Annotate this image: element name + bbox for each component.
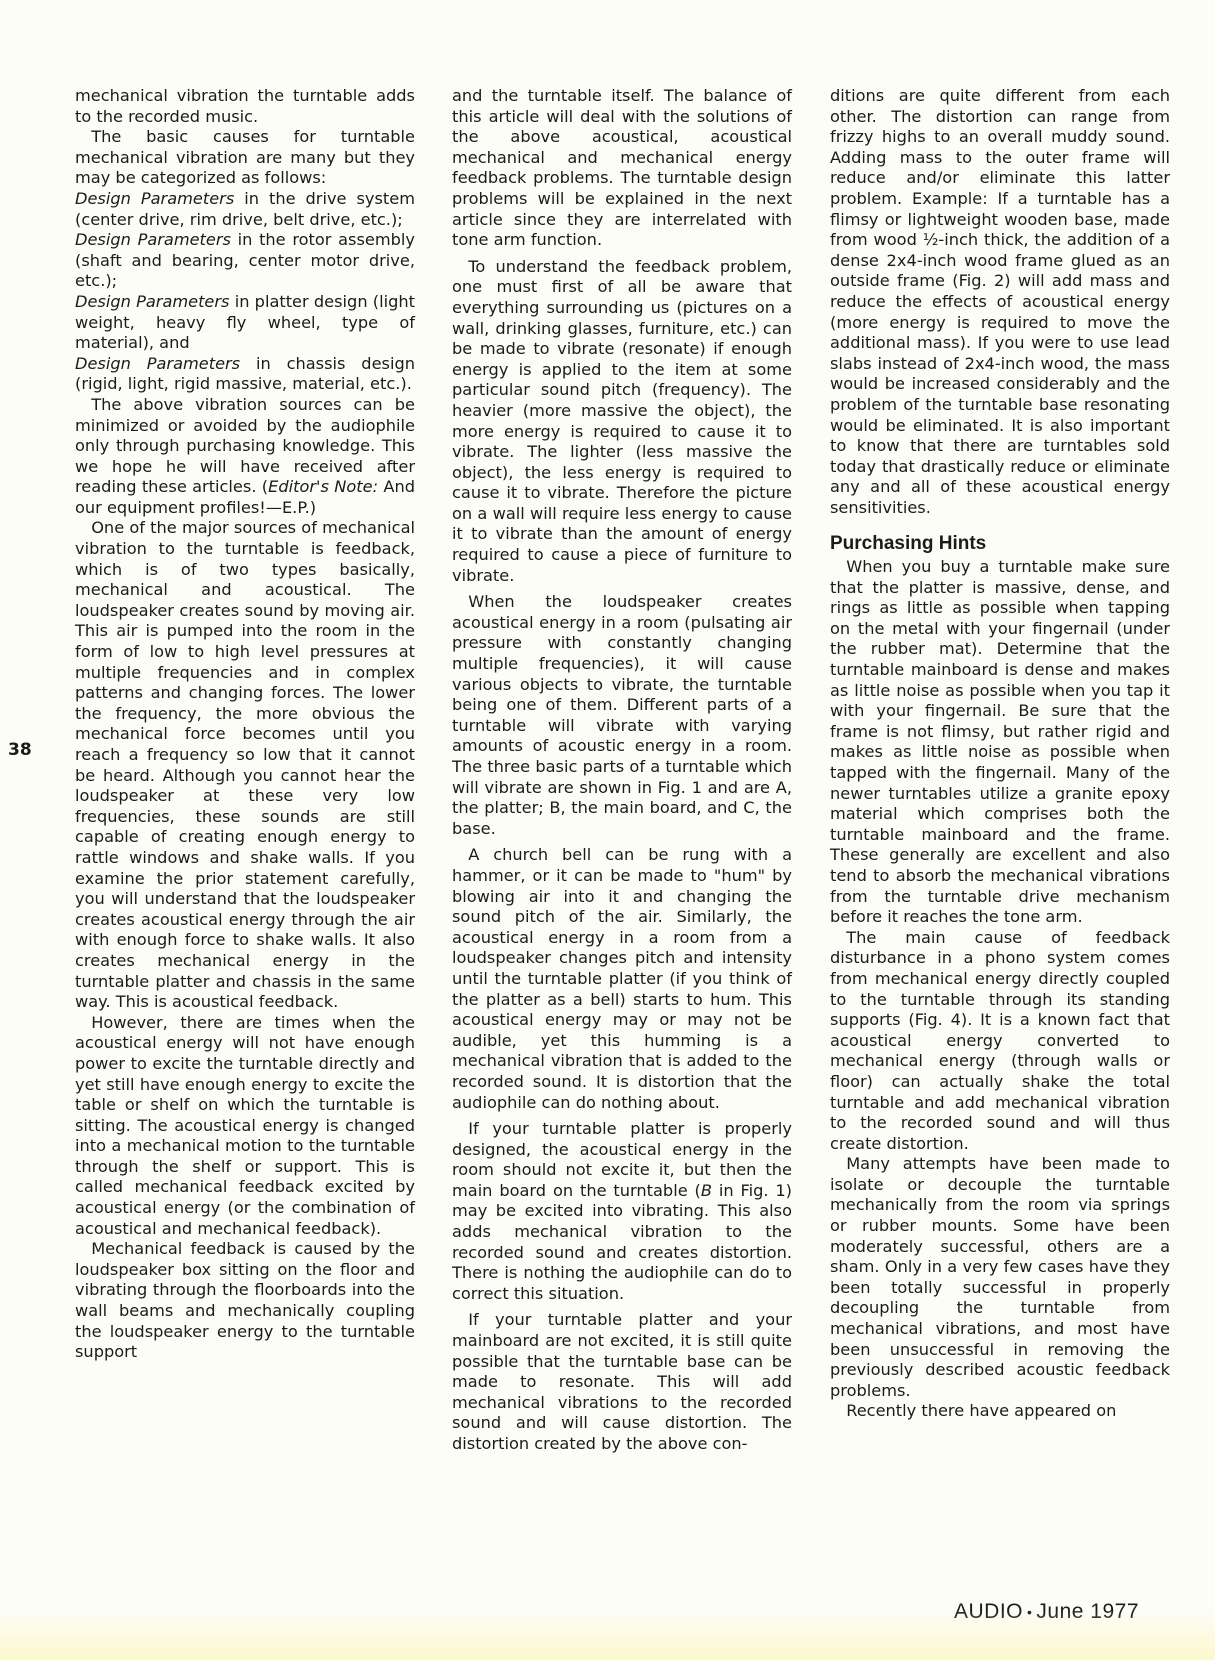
article-column-3: ditions are quite different from each ot… (830, 86, 1170, 1422)
section-heading: Purchasing Hints (830, 534, 1170, 555)
paragraph-text: When you buy a turntable make sure that … (830, 557, 1170, 926)
paragraph-text: ditions are quite different from each ot… (830, 86, 1170, 517)
paragraph-text: Mechanical feedback is caused by the lou… (75, 1239, 415, 1361)
paragraph: ditions are quite different from each ot… (830, 86, 1170, 518)
paragraph: One of the major sources of mechanical v… (75, 518, 415, 1012)
list-item: Design Parameters in platter design (lig… (75, 292, 415, 354)
paragraph-text: However, there are times when the acoust… (75, 1013, 415, 1238)
paragraph: Mechanical feedback is caused by the lou… (75, 1239, 415, 1363)
paragraph: When the loudspeaker creates acoustical … (452, 592, 792, 839)
paragraph-text: The basic causes for turntable mechanica… (75, 127, 415, 187)
paragraph: and the turntable itself. The balance of… (452, 86, 792, 251)
paragraph-text: When the loudspeaker creates acoustical … (452, 592, 792, 838)
article-column-2: and the turntable itself. The balance of… (452, 86, 792, 1455)
paragraph: However, there are times when the acoust… (75, 1013, 415, 1240)
article-column-1: mechanical vibration the turntable adds … (75, 86, 415, 1363)
italic-term: Design Parameters (75, 230, 231, 249)
italic-term: Design Parameters (75, 189, 234, 208)
paragraph-text: To understand the feedback problem, one … (452, 257, 792, 585)
paragraph: If your turntable platter and your mainb… (452, 1310, 792, 1454)
paragraph-text: A church bell can be rung with a hammer,… (452, 845, 792, 1111)
paragraph-text: If your turntable platter and your mainb… (452, 1310, 792, 1453)
paragraph-text: The main cause of feedback disturbance i… (830, 928, 1170, 1153)
italic-term: Design Parameters (75, 354, 240, 373)
paragraph: Recently there have appeared on (830, 1401, 1170, 1422)
paragraph: When you buy a turntable make sure that … (830, 557, 1170, 928)
page-edge-tint (0, 1610, 1215, 1660)
paragraph: Many attempts have been made to isolate … (830, 1154, 1170, 1401)
list-item: Design Parameters in the rotor assembly … (75, 230, 415, 292)
paragraph-text: Many attempts have been made to isolate … (830, 1154, 1170, 1400)
paragraph: If your turntable platter is properly de… (452, 1119, 792, 1304)
paragraph: The basic causes for turntable mechanica… (75, 127, 415, 189)
figure-reference: B (701, 1181, 712, 1200)
list-item: Design Parameters in chassis design (rig… (75, 354, 415, 395)
paragraph-text: mechanical vibration the turntable adds … (75, 86, 415, 126)
paragraph: A church bell can be rung with a hammer,… (452, 845, 792, 1113)
paragraph: To understand the feedback problem, one … (452, 257, 792, 587)
paragraph: The above vibration sources can be minim… (75, 395, 415, 519)
paragraph: The main cause of feedback disturbance i… (830, 928, 1170, 1155)
page-number: 38 (8, 740, 32, 760)
paragraph-text: and the turntable itself. The balance of… (452, 86, 792, 249)
editor-note-label: Editor's Note: (268, 477, 378, 496)
italic-term: Design Parameters (75, 292, 229, 311)
paragraph-text: Recently there have appeared on (846, 1401, 1116, 1420)
paragraph-text: One of the major sources of mechanical v… (75, 518, 415, 1011)
list-item: Design Parameters in the drive system (c… (75, 189, 415, 230)
paragraph: mechanical vibration the turntable adds … (75, 86, 415, 127)
